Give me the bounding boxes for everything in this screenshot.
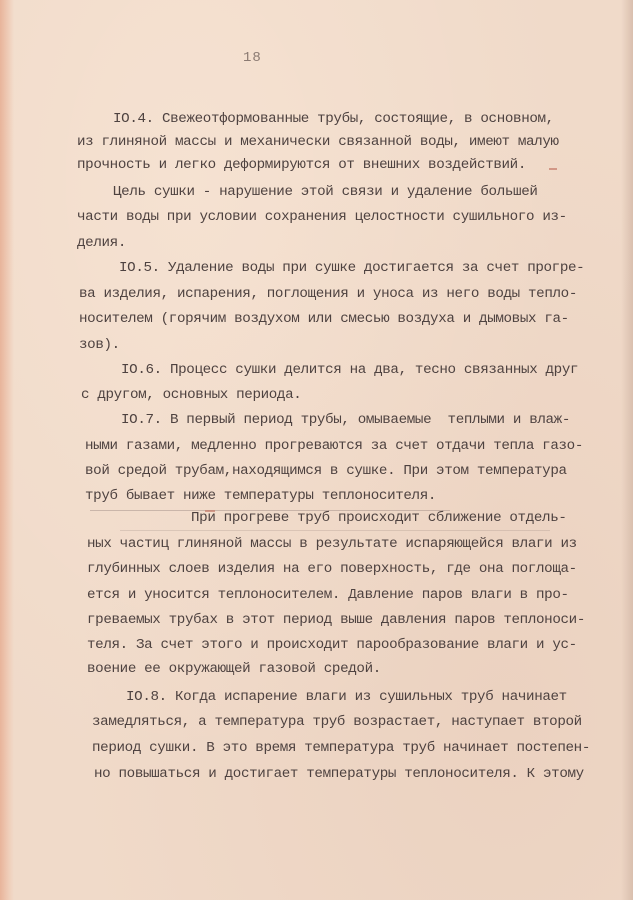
text-line: IO.4. Свежеотформованные трубы, состоящи… — [113, 111, 554, 127]
text-line: ется и уносится теплоносителем. Давление… — [87, 587, 569, 603]
ink-speck — [549, 168, 557, 170]
page-number: 18 — [243, 50, 262, 66]
text-line: с другом, основных периода. — [81, 387, 301, 403]
text-line: из глиняной массы и механически связанно… — [77, 134, 559, 150]
text-line: Цель сушки - нарушение этой связи и удал… — [113, 184, 538, 200]
text-line: части воды при условии сохранения целост… — [77, 209, 567, 225]
text-line: делия. — [77, 235, 126, 251]
text-line: зов). — [79, 337, 120, 353]
text-line: труб бывает ниже температуры теплоносите… — [85, 488, 436, 504]
text-line: IO.8. Когда испарение влаги из сушильных… — [126, 689, 567, 705]
text-line: прочность и легко деформируются от внешн… — [77, 157, 526, 173]
text-line: греваемых трубах в этот период выше давл… — [87, 612, 585, 628]
page-right-edge — [621, 0, 633, 900]
text-line: IO.6. Процесс сушки делится на два, тесн… — [121, 362, 578, 378]
text-line: ных частиц глиняной массы в результате и… — [87, 536, 577, 552]
text-line: период сушки. В это время температура тр… — [92, 740, 590, 756]
document-page: 18 IO.4. Свежеотформованные трубы, состо… — [0, 0, 633, 900]
text-line: глубинных слоев изделия на его поверхнос… — [87, 561, 577, 577]
text-line: носителем (горячим воздухом или смесью в… — [79, 311, 569, 327]
text-line: ными газами, медленно прогреваются за сч… — [85, 438, 583, 454]
text-line: ва изделия, испарения, поглощения и унос… — [79, 286, 577, 302]
text-line: но повышаться и достигает температуры те… — [94, 766, 584, 782]
text-line: IO.5. Удаление воды при сушке достигаетс… — [119, 260, 584, 276]
text-line: теля. За счет этого и происходит парообр… — [87, 637, 577, 653]
text-line: При прогреве труб происходит сближение о… — [191, 510, 567, 526]
text-line: вой средой трубам,находящимся в сушке. П… — [85, 463, 567, 479]
text-line: IO.7. В первый период трубы, омываемые т… — [121, 412, 570, 428]
text-line: воение ее окружающей газовой средой. — [87, 661, 381, 677]
page-left-edge — [0, 0, 14, 900]
pencil-mark — [120, 530, 550, 531]
text-line: замедляться, а температура труб возраста… — [92, 714, 582, 730]
